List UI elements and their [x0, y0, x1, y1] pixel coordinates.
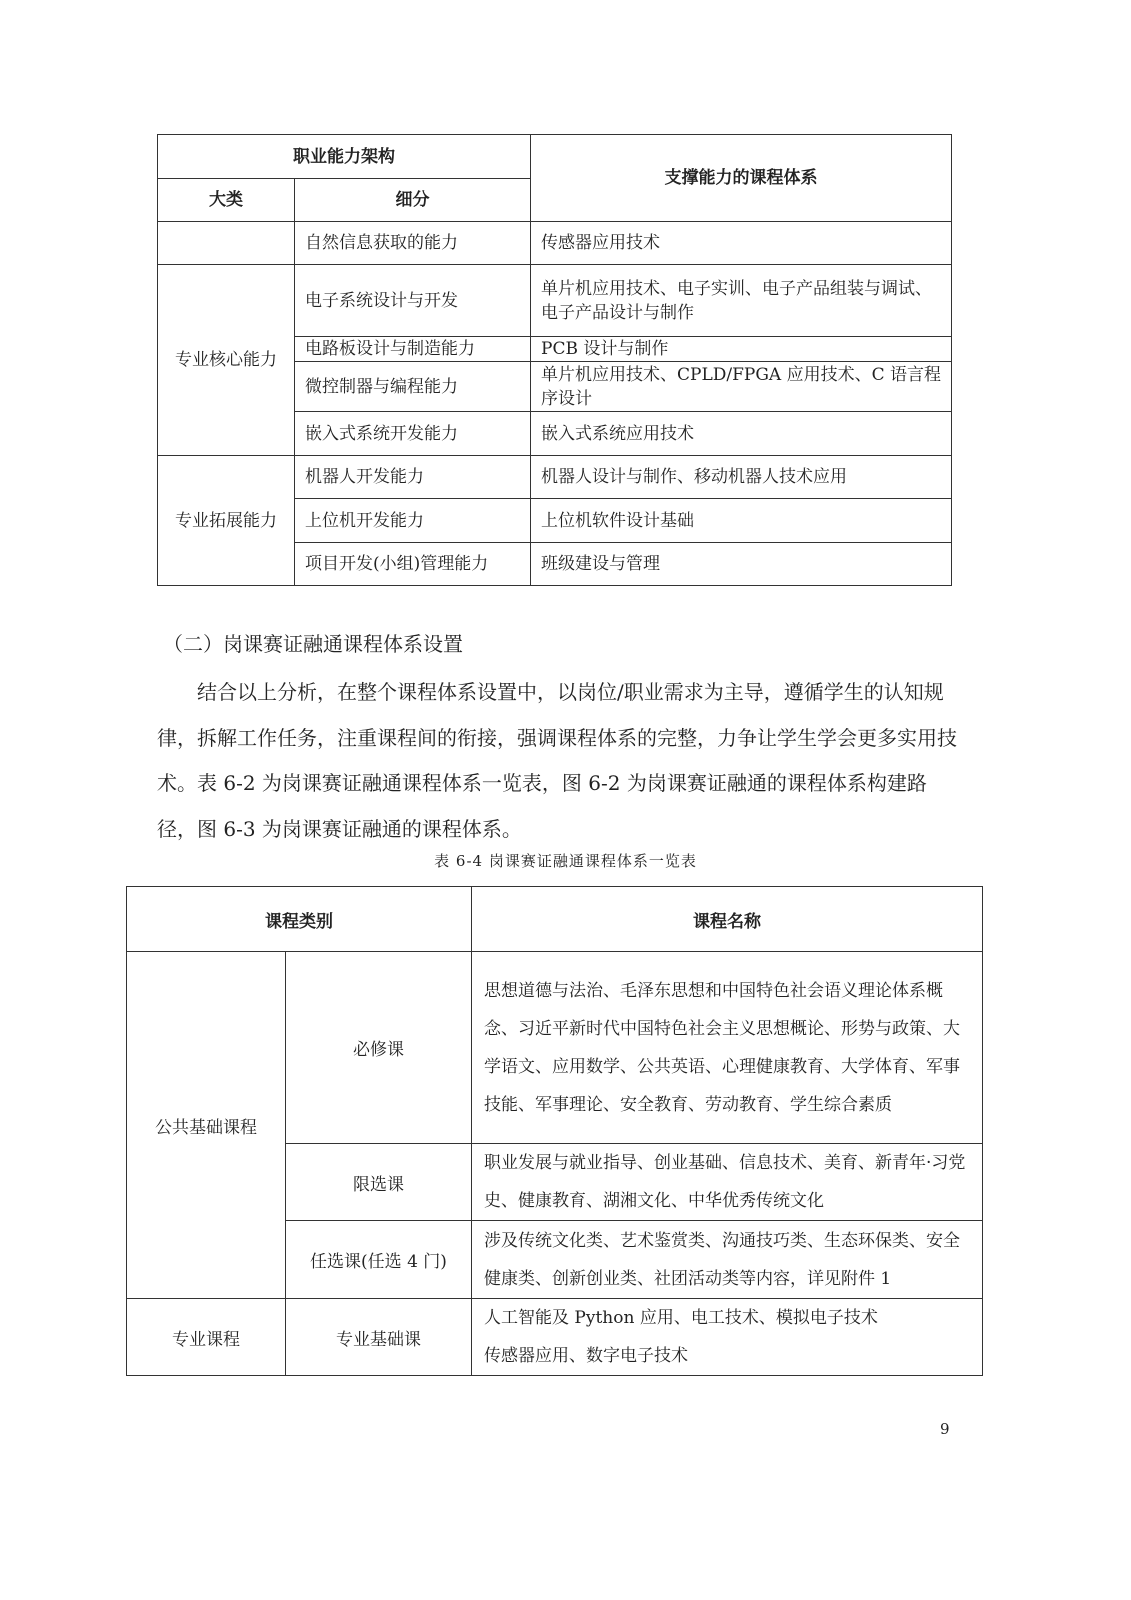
subcategory-cell: 任选课(任选 4 门)	[286, 1221, 472, 1299]
body-paragraph: 结合以上分析，在整个课程体系设置中，以岗位/职业需求为主导，遵循学生的认知规律，…	[157, 670, 957, 852]
course-names-line: 人工智能及 Python 应用、电工技术、模拟电子技术	[484, 1299, 974, 1337]
courses-cell: 机器人设计与制作、移动机器人技术应用	[531, 456, 952, 499]
course-names-cell: 涉及传统文化类、艺术鉴赏类、沟通技巧类、生态环保类、安全健康类、创新创业类、社团…	[472, 1221, 983, 1299]
courses-cell: 传感器应用技术	[531, 222, 952, 265]
major-cell	[158, 222, 295, 265]
courses-cell: 嵌入式系统应用技术	[531, 412, 952, 456]
course-names-cell: 职业发展与就业指导、创业基础、信息技术、美育、新青年·习党史、健康教育、湖湘文化…	[472, 1144, 983, 1221]
competency-table: 职业能力架构 支撑能力的课程体系 大类 细分 自然信息获取的能力 传感器应用技术…	[157, 134, 952, 586]
table-caption: 表 6-4 岗课赛证融通课程体系一览表	[0, 850, 1131, 871]
table-row: 专业核心能力 电子系统设计与开发 单片机应用技术、电子实训、电子产品组装与调试、…	[158, 265, 952, 337]
courses-cell: 单片机应用技术、电子实训、电子产品组装与调试、电子产品设计与制作	[531, 265, 952, 337]
header-competency-framework: 职业能力架构	[158, 135, 531, 179]
courses-cell: 单片机应用技术、CPLD/FPGA 应用技术、C 语言程序设计	[531, 362, 952, 412]
table-row: 专业拓展能力 机器人开发能力 机器人设计与制作、移动机器人技术应用	[158, 456, 952, 499]
category-cell: 公共基础课程	[127, 952, 286, 1299]
header-course-names: 课程名称	[472, 887, 983, 952]
minor-cell: 微控制器与编程能力	[295, 362, 531, 412]
minor-cell: 电路板设计与制造能力	[295, 337, 531, 362]
header-minor: 细分	[295, 179, 531, 222]
minor-cell: 嵌入式系统开发能力	[295, 412, 531, 456]
minor-cell: 上位机开发能力	[295, 499, 531, 543]
paragraph-text: 结合以上分析，在整个课程体系设置中，以岗位/职业需求为主导，遵循学生的认知规律，…	[157, 670, 957, 852]
subcategory-cell: 必修课	[286, 952, 472, 1144]
courses-cell: 上位机软件设计基础	[531, 499, 952, 543]
courses-cell: 班级建设与管理	[531, 543, 952, 586]
subcategory-cell: 限选课	[286, 1144, 472, 1221]
category-cell: 专业课程	[127, 1299, 286, 1376]
header-major: 大类	[158, 179, 295, 222]
minor-cell: 机器人开发能力	[295, 456, 531, 499]
minor-cell: 项目开发(小组)管理能力	[295, 543, 531, 586]
section-heading: （二）岗课赛证融通课程体系设置	[163, 628, 463, 657]
curriculum-table: 课程类别 课程名称 公共基础课程 必修课 思想道德与法治、毛泽东思想和中国特色社…	[126, 886, 983, 1376]
subcategory-cell: 专业基础课	[286, 1299, 472, 1376]
page-number: 9	[940, 1420, 950, 1438]
courses-cell: PCB 设计与制作	[531, 337, 952, 362]
table-row: 专业课程 专业基础课 人工智能及 Python 应用、电工技术、模拟电子技术 传…	[127, 1299, 983, 1376]
table-row: 自然信息获取的能力 传感器应用技术	[158, 222, 952, 265]
header-supporting-courses: 支撑能力的课程体系	[531, 135, 952, 222]
table-row: 公共基础课程 必修课 思想道德与法治、毛泽东思想和中国特色社会语义理论体系概念、…	[127, 952, 983, 1144]
header-course-category: 课程类别	[127, 887, 472, 952]
major-cell: 专业核心能力	[158, 265, 295, 456]
minor-cell: 电子系统设计与开发	[295, 265, 531, 337]
major-cell: 专业拓展能力	[158, 456, 295, 586]
course-names-cell: 思想道德与法治、毛泽东思想和中国特色社会语义理论体系概念、习近平新时代中国特色社…	[472, 952, 983, 1144]
course-names-cell: 人工智能及 Python 应用、电工技术、模拟电子技术 传感器应用、数字电子技术	[472, 1299, 983, 1376]
course-names-line: 传感器应用、数字电子技术	[484, 1337, 974, 1375]
minor-cell: 自然信息获取的能力	[295, 222, 531, 265]
